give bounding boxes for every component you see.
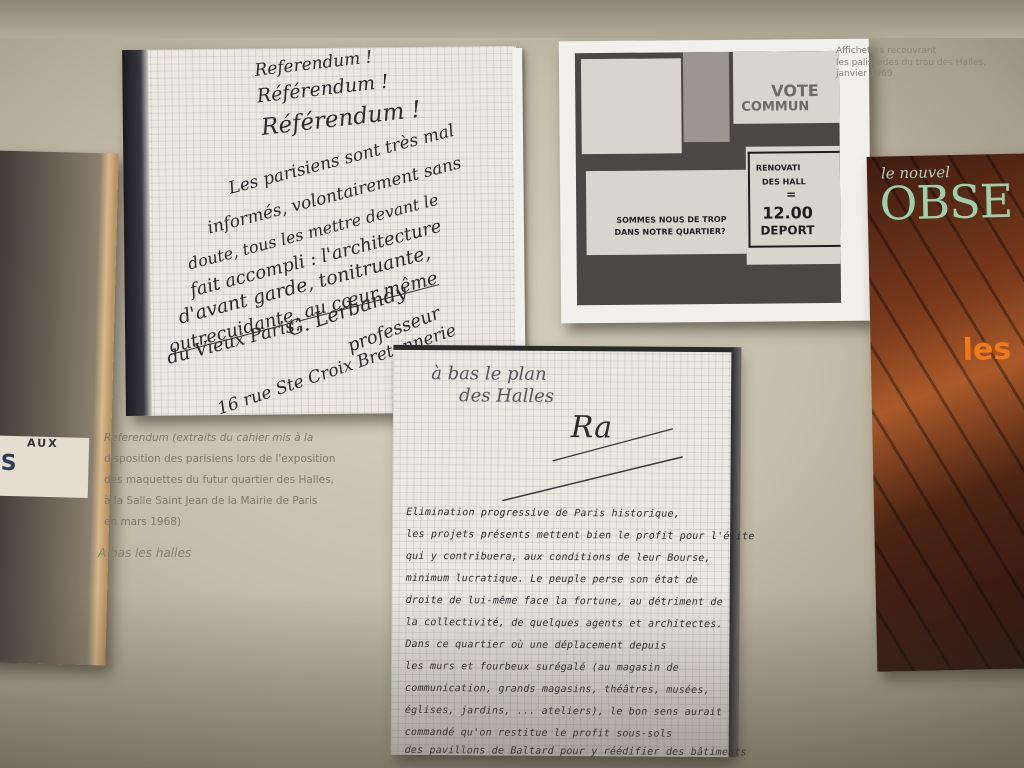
poster-sommes bbox=[586, 170, 747, 255]
display-case-top bbox=[0, 0, 1024, 38]
newspaper-headline: IS bbox=[0, 450, 17, 476]
note-heading: des Halles bbox=[459, 385, 554, 407]
magazine-cover-word: les bbox=[962, 332, 1011, 368]
newspaper-clipping: AUX IS bbox=[0, 150, 119, 665]
poster-text: DES HALL bbox=[762, 177, 806, 186]
newspaper-word: AUX bbox=[27, 436, 59, 450]
poster-text: VOTE bbox=[771, 81, 819, 100]
poster-graphic bbox=[683, 52, 730, 142]
poster-text: = bbox=[786, 187, 796, 201]
caption-line: à la Salle Saint Jean de la Mairie de Pa… bbox=[104, 491, 335, 512]
photo-image: VOTE COMMUN SOMMES NOUS DE TROP DANS NOT… bbox=[575, 51, 841, 305]
caption-affichettes: Affichettes recouvrant les palissades du… bbox=[836, 46, 986, 81]
caption-line: en mars 1968) bbox=[104, 512, 335, 533]
caption-line: Affichettes recouvrant bbox=[836, 46, 986, 58]
caption-line: Referendum (extraits du cahier mis à la bbox=[104, 428, 335, 449]
note-body-line: les projets présents mettent bien le pro… bbox=[406, 529, 754, 542]
poster-text: COMMUN bbox=[741, 99, 809, 115]
poster-text: 12.00 bbox=[762, 203, 813, 222]
note-binding bbox=[393, 345, 733, 352]
note-body-line: Elimination progressive de Paris histori… bbox=[406, 507, 680, 520]
poster-text: SOMMES NOUS DE TROP bbox=[616, 215, 726, 225]
lower-shadow bbox=[0, 590, 1024, 768]
notebook-spine bbox=[122, 50, 152, 416]
poster-text: DANS NOTRE QUARTIER? bbox=[614, 227, 725, 237]
note-body-line: qui y contribuera, aux conditions de leu… bbox=[406, 551, 711, 564]
magazine-title: OBSE bbox=[879, 174, 1013, 231]
poster-text-sheet bbox=[581, 58, 682, 154]
signature-flourish-icon bbox=[492, 406, 693, 507]
poster-text: RENOVATI bbox=[756, 163, 801, 172]
caption-line: les palissades du trou des Halles, bbox=[836, 58, 986, 70]
note-heading: à bas le plan bbox=[431, 363, 547, 385]
caption-a-bas-les-halles: A bas les halles bbox=[98, 546, 191, 560]
poster-text: DEPORT bbox=[760, 223, 814, 237]
caption-line: disposition des parisiens lors de l'expo… bbox=[104, 449, 335, 470]
note-body-line: minimum lucratique. Le peuple perse son … bbox=[406, 573, 698, 586]
caption-referendum: Referendum (extraits du cahier mis à la … bbox=[104, 428, 335, 533]
caption-line: janvier 1969 bbox=[836, 69, 986, 81]
poster-photograph: VOTE COMMUN SOMMES NOUS DE TROP DANS NOT… bbox=[559, 39, 871, 324]
caption-line: des maquettes du futur quartier des Hall… bbox=[104, 470, 335, 491]
